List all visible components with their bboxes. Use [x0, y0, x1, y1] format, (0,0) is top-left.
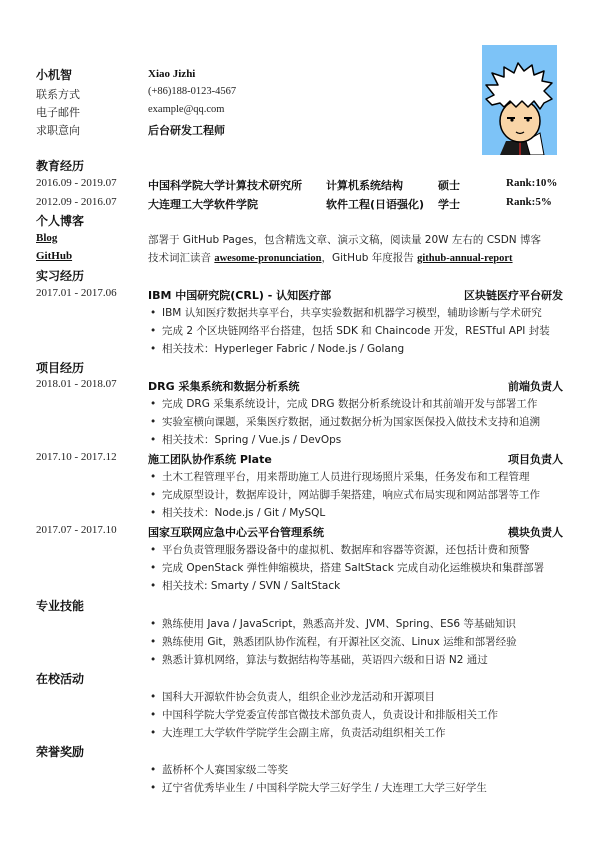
edu-major: 计算机系统结构 [326, 177, 403, 193]
contact-label: 联系方式 [36, 86, 80, 102]
name-cn: 小机智 [36, 66, 72, 83]
blog-description: 部署于 GitHub Pages，包含精选文章、演示文稿，阅读量 20W 左右的… [148, 232, 541, 247]
intern-bullet: IBM 认知医疗数据共享平台，共享实验数据和机器学习模型，辅助诊断与学术研究 [150, 305, 542, 320]
section-title-internship: 实习经历 [36, 267, 84, 284]
project-date: 2017.10 - 2017.12 [36, 451, 117, 463]
intern-date: 2017.01 - 2017.06 [36, 287, 117, 299]
project-bullet: 相关技术：Spring / Vue.js / DevOps [150, 432, 341, 447]
section-title-projects: 项目经历 [36, 359, 84, 376]
honor-bullet: 辽宁省优秀毕业生 / 中国科学院大学三好学生 / 大连理工大学三好学生 [150, 780, 487, 795]
project-bullet: 相关技术: Smarty / SVN / SaltStack [150, 578, 340, 593]
project-bullet: 实验室横向课题，采集医疗数据，通过数据分析为国家医保投入做技术支持和追溯 [150, 414, 540, 429]
project-bullet: 相关技术：Node.js / Git / MySQL [150, 505, 325, 520]
edu-degree: 硕士 [438, 177, 460, 193]
project-bullet: 土木工程管理平台，用来帮助施工人员进行现场照片采集，任务发布和工程管理 [150, 469, 530, 484]
github-description: 技术词汇读音 awesome-pronunciation，GitHub 年度报告… [148, 250, 513, 265]
github-link[interactable]: GitHub [36, 250, 72, 262]
objective-label: 求职意向 [36, 122, 80, 138]
section-title-honors: 荣誉奖励 [36, 743, 84, 760]
intern-org: IBM 中国研究院(CRL) - 认知医疗部 [148, 287, 331, 303]
email-label: 电子邮件 [36, 104, 80, 120]
honor-bullet: 蓝桥杯个人赛国家级二等奖 [150, 762, 288, 777]
intern-bullet: 完成 2 个区块链网络平台搭建，包括 SDK 和 Chaincode 开发，RE… [150, 323, 550, 338]
github-annual-report-link[interactable]: github-annual-report [417, 253, 513, 264]
name-en: Xiao Jizhi [148, 68, 195, 80]
section-title-skills: 专业技能 [36, 597, 84, 614]
edu-date: 2012.09 - 2016.07 [36, 196, 117, 208]
project-name: 国家互联网应急中心云平台管理系统 [148, 524, 324, 540]
edu-school: 中国科学院大学计算技术研究所 [148, 177, 302, 193]
project-name: 施工团队协作系统 Plate [148, 451, 272, 467]
project-role: 模块负责人 [508, 524, 563, 540]
project-date: 2018.01 - 2018.07 [36, 378, 117, 390]
resume-page: 小机智 Xiao Jizhi 联系方式 (+86)188-0123-4567 电… [0, 0, 603, 849]
section-title-activities: 在校活动 [36, 670, 84, 687]
project-bullet: 完成 OpenStack 弹性伸缩模块，搭建 SaltStack 完成自动化运维… [150, 560, 544, 575]
contact-value: (+86)188-0123-4567 [148, 86, 236, 97]
cartoon-avatar-icon [482, 45, 557, 155]
activity-bullet: 大连理工大学软件学院学生会副主席，负责活动组织相关工作 [150, 725, 446, 740]
edu-date: 2016.09 - 2019.07 [36, 177, 117, 189]
activity-bullet: 中国科学院大学党委宣传部官微技术部负责人，负责设计和排版相关工作 [150, 707, 498, 722]
project-date: 2017.07 - 2017.10 [36, 524, 117, 536]
awesome-pronunciation-link[interactable]: awesome-pronunciation [214, 253, 321, 264]
edu-rank: Rank:5% [506, 196, 552, 208]
project-bullet: 平台负责管理服务器设备中的虚拟机、数据库和容器等资源，还包括计费和预警 [150, 542, 530, 557]
intern-role: 区块链医疗平台研发 [464, 287, 563, 303]
activity-bullet: 国科大开源软件协会负责人，组织企业沙龙活动和开源项目 [150, 689, 435, 704]
github-desc-mid: ，GitHub 年度报告 [322, 252, 418, 264]
skill-bullet: 熟悉计算机网络，算法与数据结构等基础，英语四六级和日语 N2 通过 [150, 652, 488, 667]
section-title-education: 教育经历 [36, 157, 84, 174]
section-title-blog: 个人博客 [36, 212, 84, 229]
blog-link[interactable]: Blog [36, 232, 57, 244]
edu-major: 软件工程(日语强化) [326, 196, 424, 212]
intern-bullet: 相关技术：Hyperleger Fabric / Node.js / Golan… [150, 341, 404, 356]
edu-school: 大连理工大学软件学院 [148, 196, 258, 212]
objective-value: 后台研发工程师 [148, 122, 225, 138]
project-bullet: 完成原型设计，数据库设计，网站脚手架搭建，响应式布局实现和网站部署等工作 [150, 487, 540, 502]
project-name: DRG 采集系统和数据分析系统 [148, 378, 299, 394]
skill-bullet: 熟练使用 Git，熟悉团队协作流程，有开源社区交流、Linux 运维和部署经验 [150, 634, 517, 649]
email-value: example@qq.com [148, 104, 224, 115]
edu-degree: 学士 [438, 196, 460, 212]
project-role: 项目负责人 [508, 451, 563, 467]
project-role: 前端负责人 [508, 378, 563, 394]
skill-bullet: 熟练使用 Java / JavaScript，熟悉高并发、JVM、Spring、… [150, 616, 516, 631]
github-desc-prefix: 技术词汇读音 [148, 252, 214, 264]
edu-rank: Rank:10% [506, 177, 557, 189]
project-bullet: 完成 DRG 采集系统设计，完成 DRG 数据分析系统设计和其前端开发与部署工作 [150, 396, 537, 411]
